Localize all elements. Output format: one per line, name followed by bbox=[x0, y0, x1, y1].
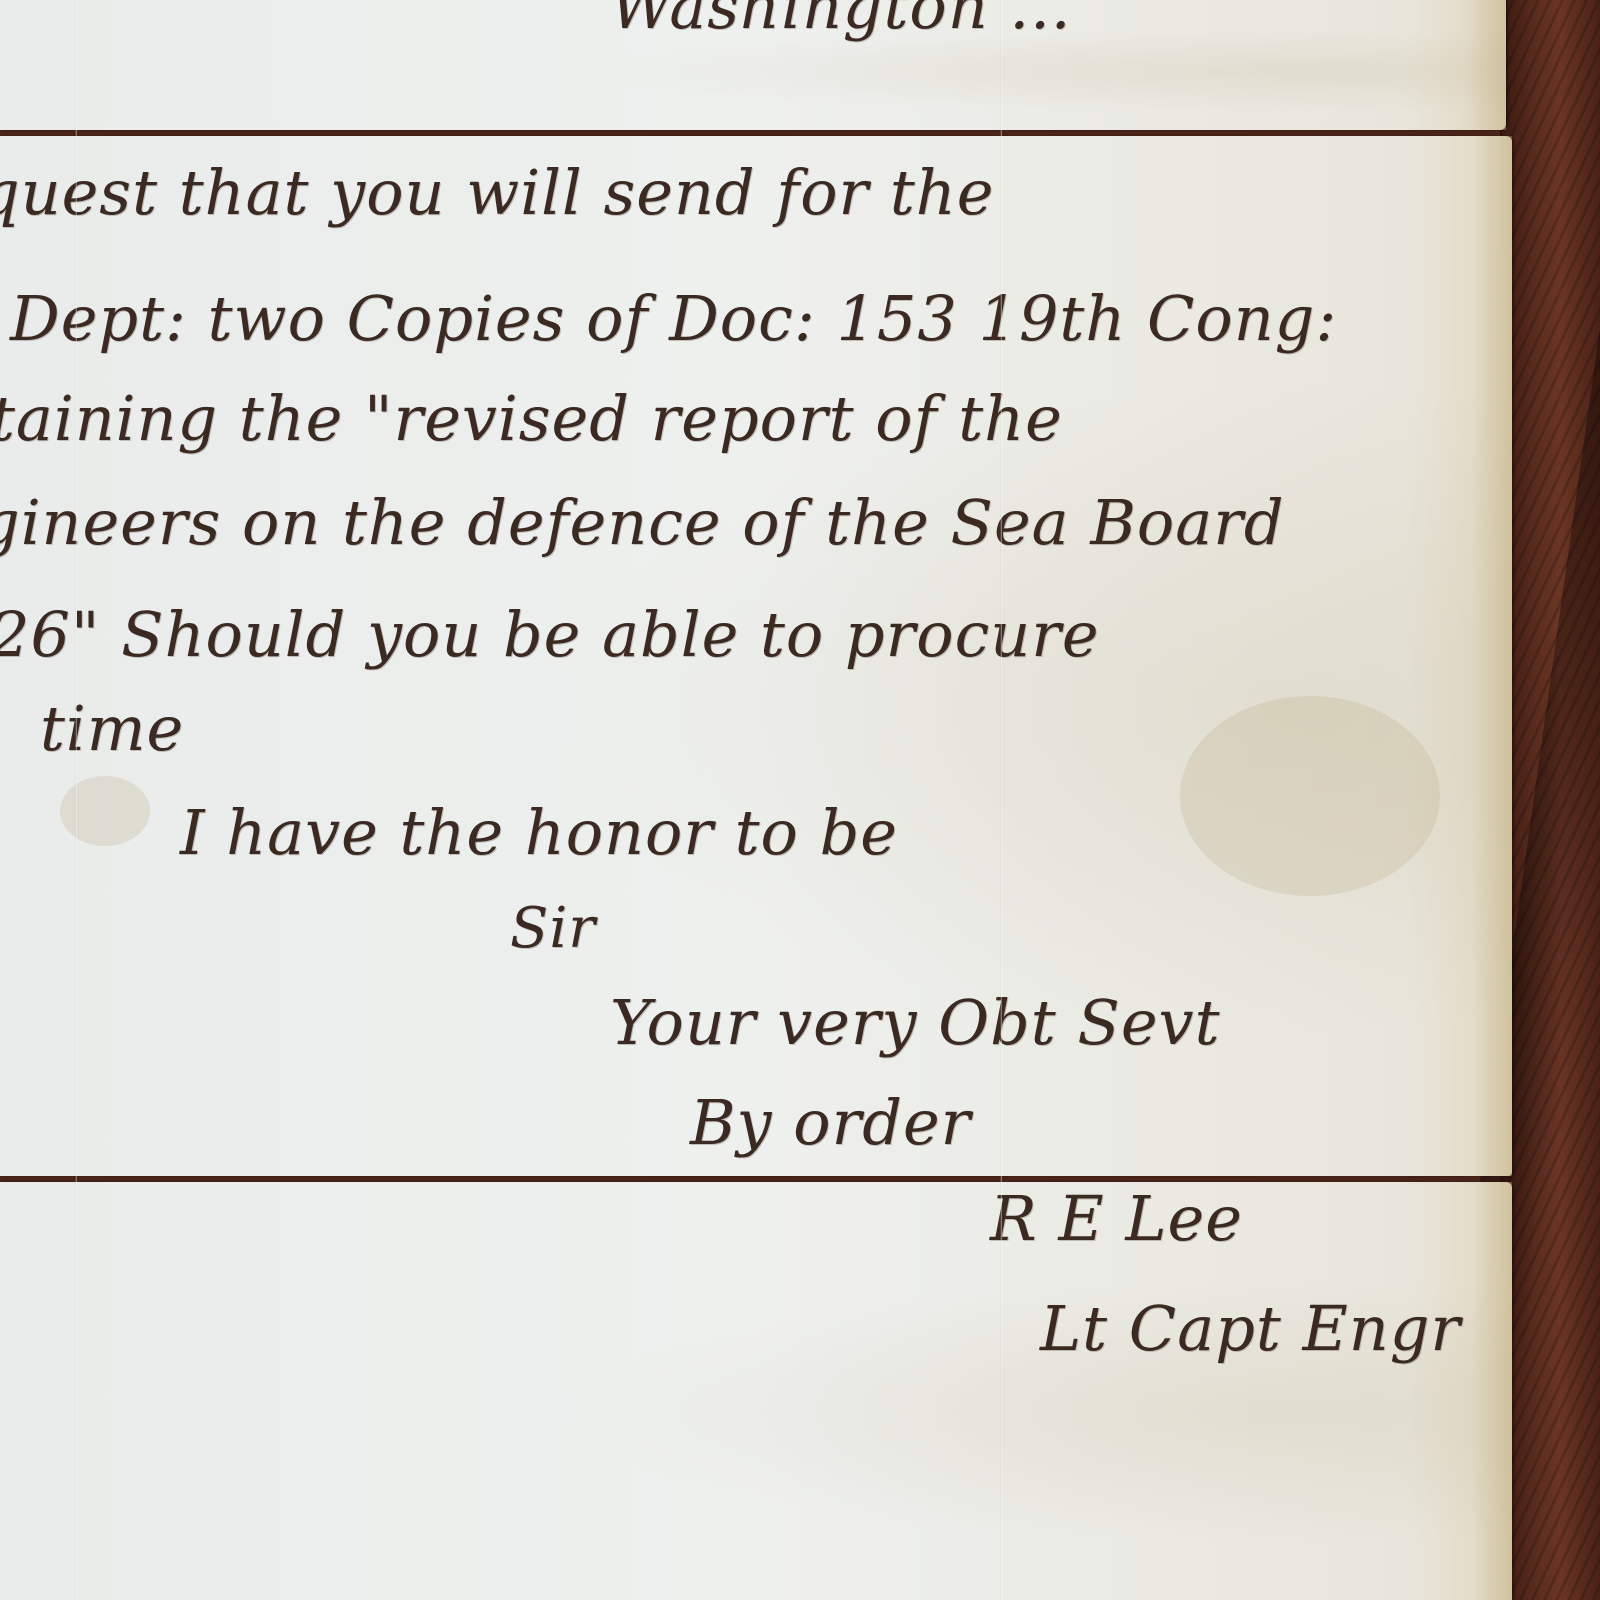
paper-stain bbox=[1180, 696, 1440, 896]
body-line-3: taining the "revised report of the bbox=[0, 382, 1063, 455]
body-line-5: 26" Should you be able to procure bbox=[0, 598, 1100, 671]
paper-stain bbox=[60, 776, 150, 846]
signature: R E Lee bbox=[990, 1182, 1243, 1255]
paper-fold-crease bbox=[75, 0, 77, 1600]
signature-title: Lt Capt Engr bbox=[1040, 1292, 1461, 1365]
letter-top-panel: Washington ... bbox=[0, 0, 1506, 130]
paper-edge-tint bbox=[1466, 0, 1506, 130]
letter-bottom-panel: R E Lee Lt Capt Engr bbox=[0, 1182, 1512, 1600]
closing-valediction: Your very Obt Sevt bbox=[610, 986, 1220, 1059]
body-line-4: gineers on the defence of the Sea Board bbox=[0, 486, 1285, 559]
closing-honor-line: I have the honor to be bbox=[180, 796, 898, 869]
body-line-1: quest that you will send for the bbox=[0, 156, 994, 229]
body-line-2: Dept: two Copies of Doc: 153 19th Cong: bbox=[10, 282, 1337, 355]
closing-salutation: Sir bbox=[510, 896, 596, 961]
letter-middle-panel: quest that you will send for the Dept: t… bbox=[0, 136, 1512, 1176]
paper-edge-tint bbox=[1472, 1182, 1512, 1600]
paper-edge-tint bbox=[1472, 136, 1512, 1176]
paper-fold-crease bbox=[1000, 0, 1002, 1600]
body-line-6: time bbox=[40, 692, 184, 765]
header-fragment: Washington ... bbox=[610, 0, 1072, 43]
closing-by-order: By order bbox=[690, 1086, 971, 1159]
